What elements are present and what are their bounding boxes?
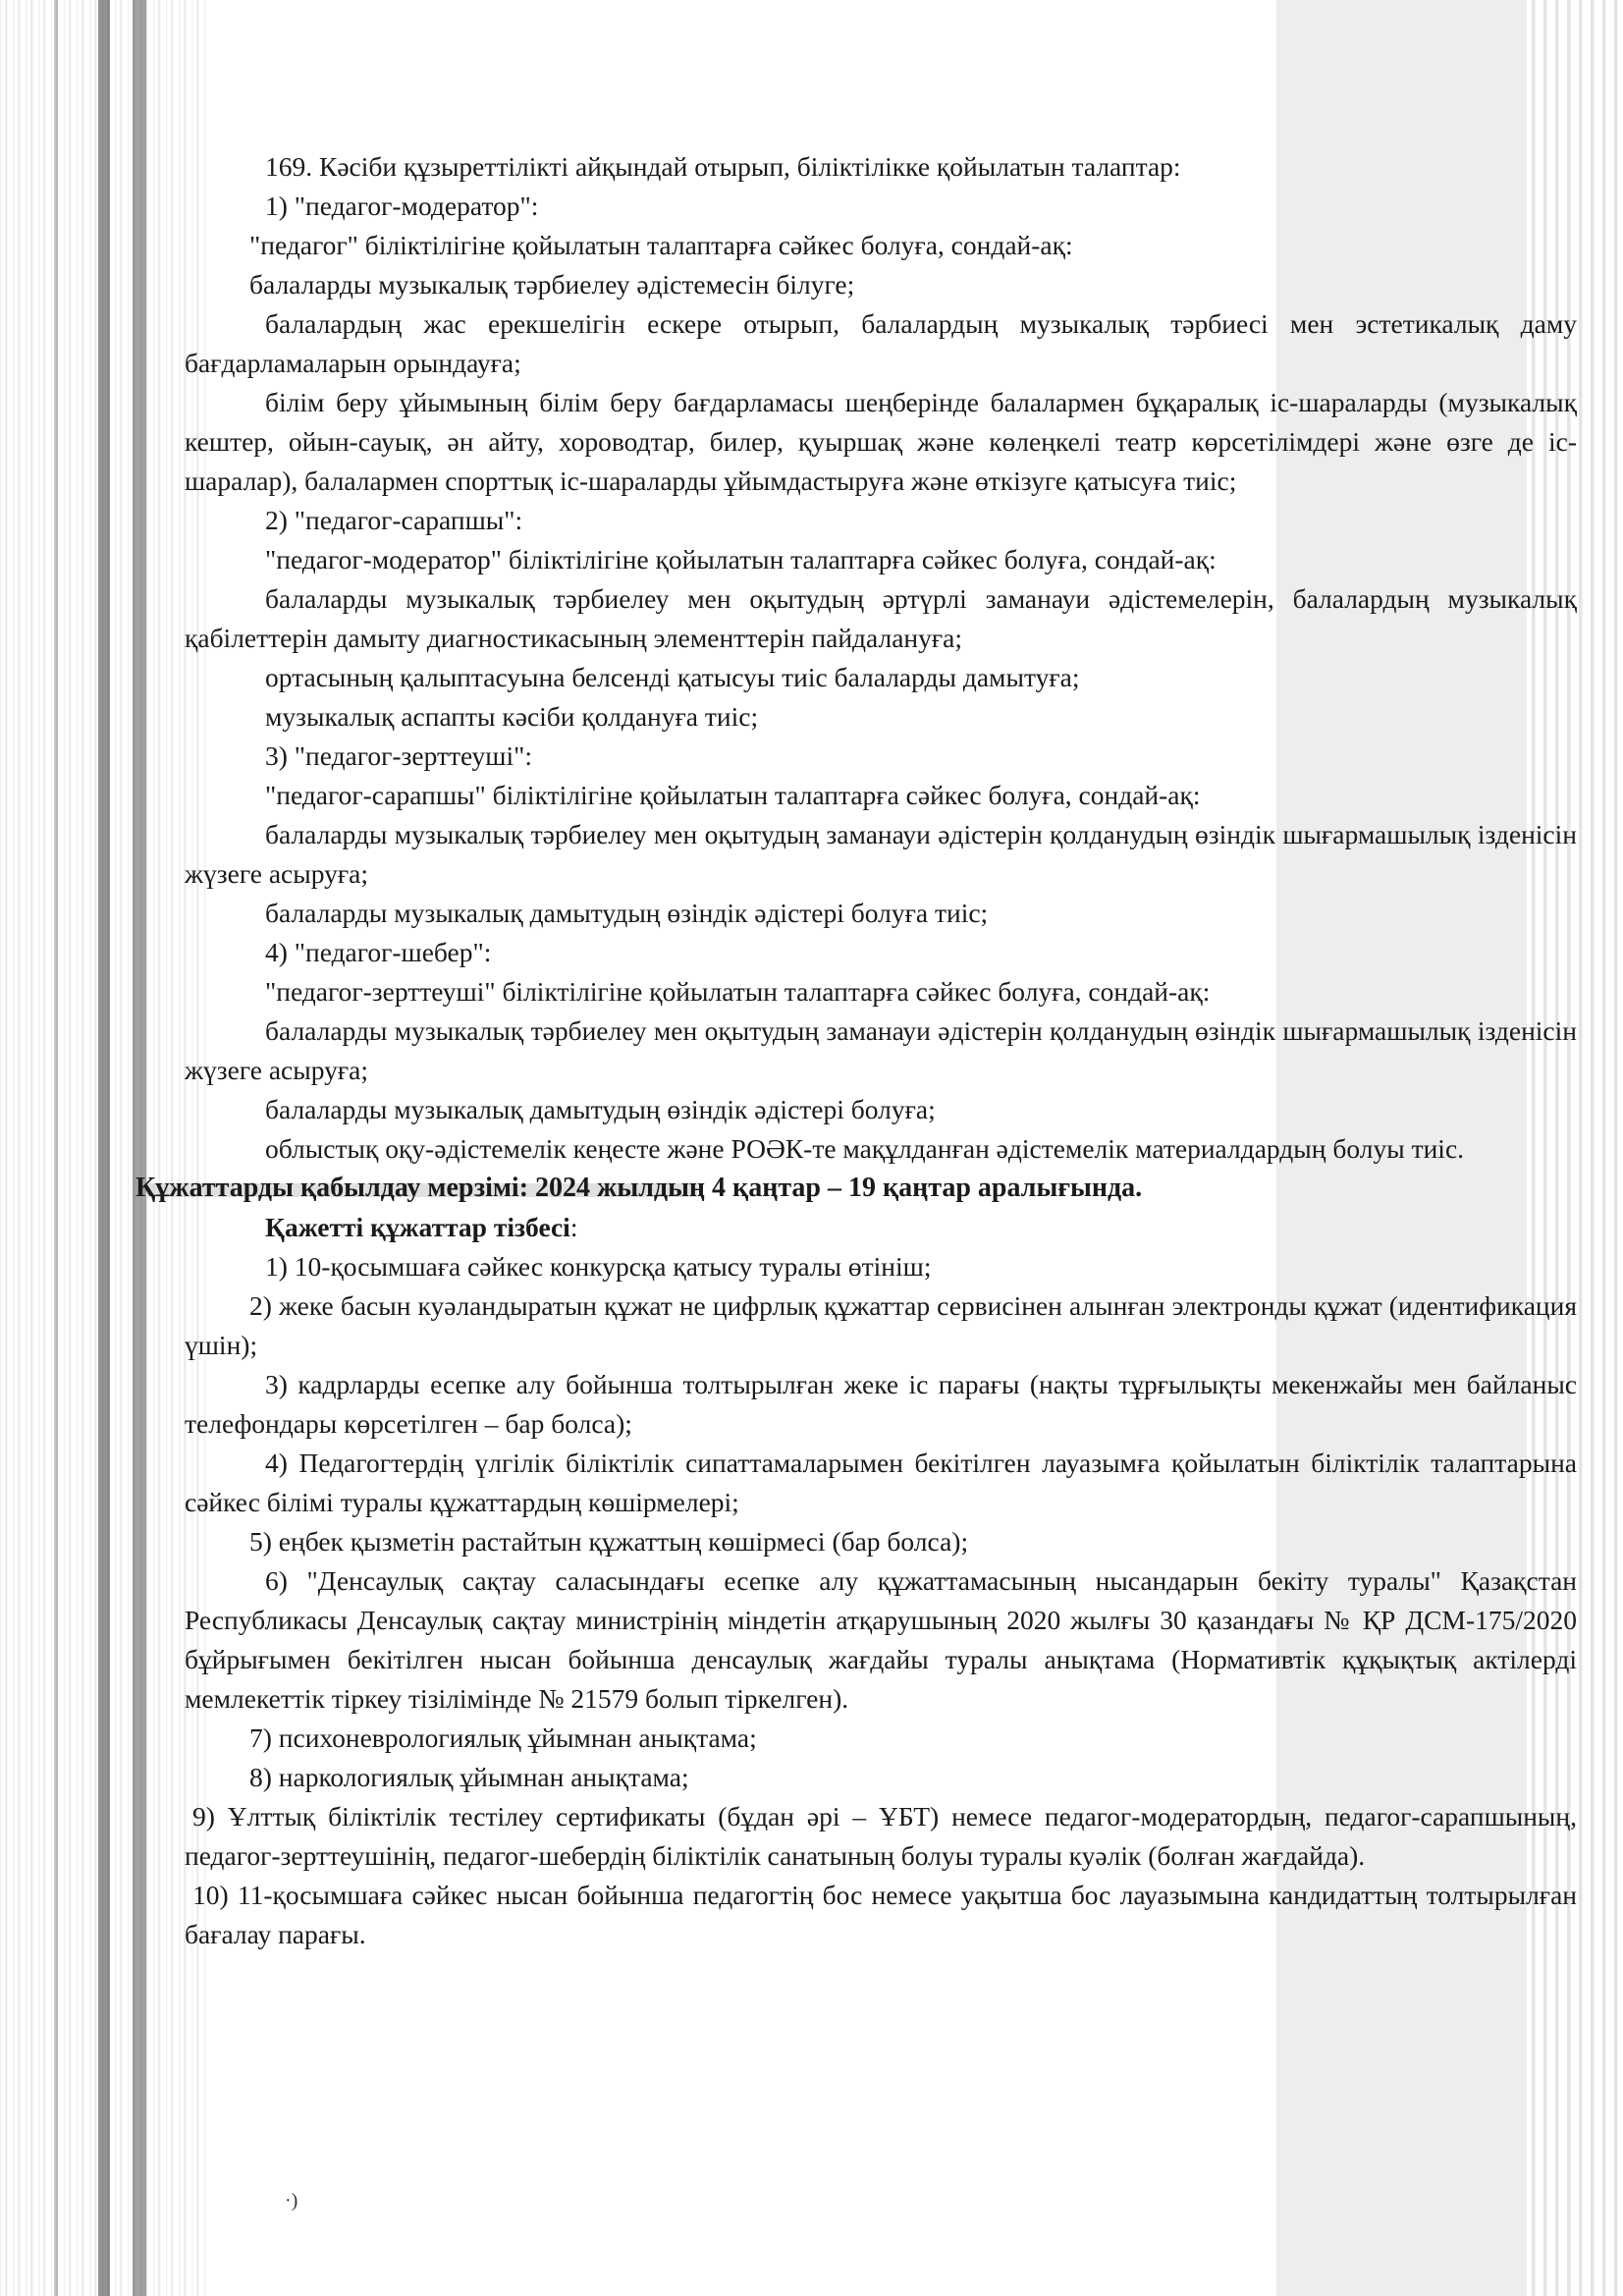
required-doc-item: 9) Ұлттық біліктілік тестілеу сертификат… <box>185 1797 1577 1876</box>
level-line: балаларды музыкалық тәрбиелеу мен оқытуд… <box>185 1011 1577 1090</box>
scan-artifact-left <box>0 0 206 2296</box>
level-line: "педагог-сарапшы" біліктілігіне қойылаты… <box>185 776 1577 815</box>
level-line: "педагог" біліктілігіне қойылатын талапт… <box>185 226 1577 265</box>
level-title: 3) "педагог-зерттеуші": <box>185 737 1577 776</box>
required-doc-item: 6) "Денсаулық сақтау саласындағы есепке … <box>185 1561 1577 1719</box>
required-doc-item: 10) 11-қосымшаға сәйкес нысан бойынша пе… <box>185 1876 1577 1954</box>
scan-streak <box>54 0 58 2296</box>
required-doc-item: 8) наркологиялық ұйымнан анықтама; <box>185 1758 1577 1797</box>
level-line: балаларды музыкалық тәрбиелеу мен оқытуд… <box>185 815 1577 894</box>
deadline-heading: Құжаттарды қабылдау мерзімі: 2024 жылдың… <box>135 1169 1577 1208</box>
level-line: балаларды музыкалық тәрбиелеу әдістемесі… <box>185 265 1577 304</box>
level-line: "педагог-модератор" біліктілігіне қойыла… <box>185 540 1577 579</box>
required-docs-title-text: Қажетті құжаттар тізбесі <box>265 1212 570 1242</box>
level-line: балаларды музыкалық дамытудың өзіндік әд… <box>185 894 1577 933</box>
required-doc-item: 4) Педагогтердің үлгілік біліктілік сипа… <box>185 1444 1577 1522</box>
level-line: ортасының қалыптасуына белсенді қатысуы … <box>185 658 1577 697</box>
level-line: білім беру ұйымының білім беру бағдарлам… <box>185 383 1577 501</box>
level-title: 4) "педагог-шебер": <box>185 933 1577 972</box>
section-intro: 169. Кәсіби құзыреттілікті айқындай отыр… <box>185 147 1577 187</box>
level-title: 1) "педагог-модератор": <box>185 187 1577 226</box>
level-title: 2) "педагог-сарапшы": <box>185 501 1577 540</box>
required-doc-item: 7) психоневрологиялық ұйымнан анықтама; <box>185 1719 1577 1758</box>
document-page: 169. Кәсіби құзыреттілікті айқындай отыр… <box>185 147 1577 1954</box>
level-line: балаларды музыкалық дамытудың өзіндік әд… <box>185 1090 1577 1129</box>
stray-mark: ·) <box>285 2190 298 2213</box>
required-doc-item: 3) кадрларды есепке алу бойынша толтырыл… <box>185 1365 1577 1444</box>
scan-streak <box>98 0 110 2296</box>
level-line: балаларды музыкалық тәрбиелеу мен оқытуд… <box>185 579 1577 658</box>
level-line: облыстық оқу-әдістемелік кеңесте және РО… <box>185 1129 1577 1169</box>
scan-streak <box>133 0 146 2296</box>
required-docs-title-colon: : <box>570 1212 578 1242</box>
required-docs-title: Қажетті құжаттар тізбесі: <box>185 1208 1577 1247</box>
required-doc-item: 1) 10-қосымшаға сәйкес конкурсқа қатысу … <box>185 1247 1577 1286</box>
required-doc-item: 5) еңбек қызметін растайтын құжаттың көш… <box>185 1522 1577 1561</box>
level-line: балалардың жас ерекшелігін ескере отырып… <box>185 304 1577 383</box>
level-line: музыкалық аспапты кәсіби қолдануға тиіс; <box>185 697 1577 737</box>
required-doc-item: 2) жеке басын куәландыратын құжат не циф… <box>185 1286 1577 1365</box>
level-line: "педагог-зерттеуші" біліктілігіне қойыла… <box>185 972 1577 1011</box>
